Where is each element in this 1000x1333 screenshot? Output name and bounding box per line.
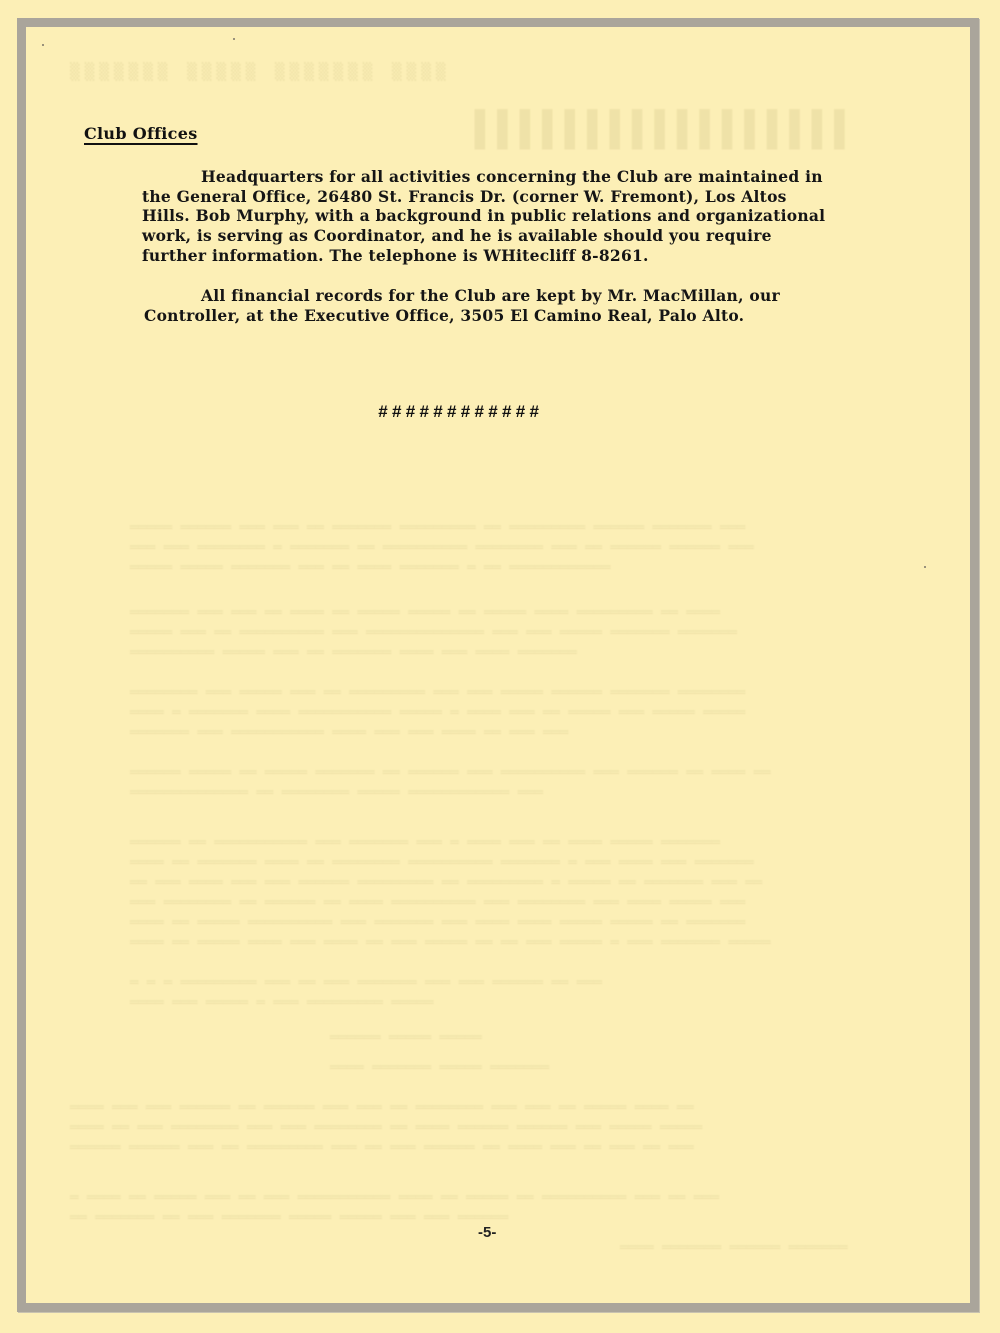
text-line: Hills. Bob Murphy, with a background in …	[142, 206, 825, 226]
financial-records-paragraph: All financial records for the Club are k…	[144, 286, 780, 325]
text-line: Headquarters for all activities concerni…	[142, 167, 825, 187]
text-line: the General Office, 26480 St. Francis Dr…	[142, 187, 825, 207]
paper-speck	[924, 566, 926, 568]
text-line: Controller, at the Executive Office, 350…	[144, 306, 780, 326]
section-separator: ############	[378, 402, 543, 422]
page-number: -5-	[478, 1224, 496, 1241]
paper-speck	[42, 44, 44, 46]
text-line: work, is serving as Coordinator, and he …	[142, 226, 825, 246]
headquarters-paragraph: Headquarters for all activities concerni…	[142, 167, 825, 266]
text-line: All financial records for the Club are k…	[144, 286, 780, 306]
text-line: further information. The telephone is WH…	[142, 246, 825, 266]
paper-speck	[233, 38, 235, 40]
section-heading: Club Offices	[84, 124, 198, 143]
